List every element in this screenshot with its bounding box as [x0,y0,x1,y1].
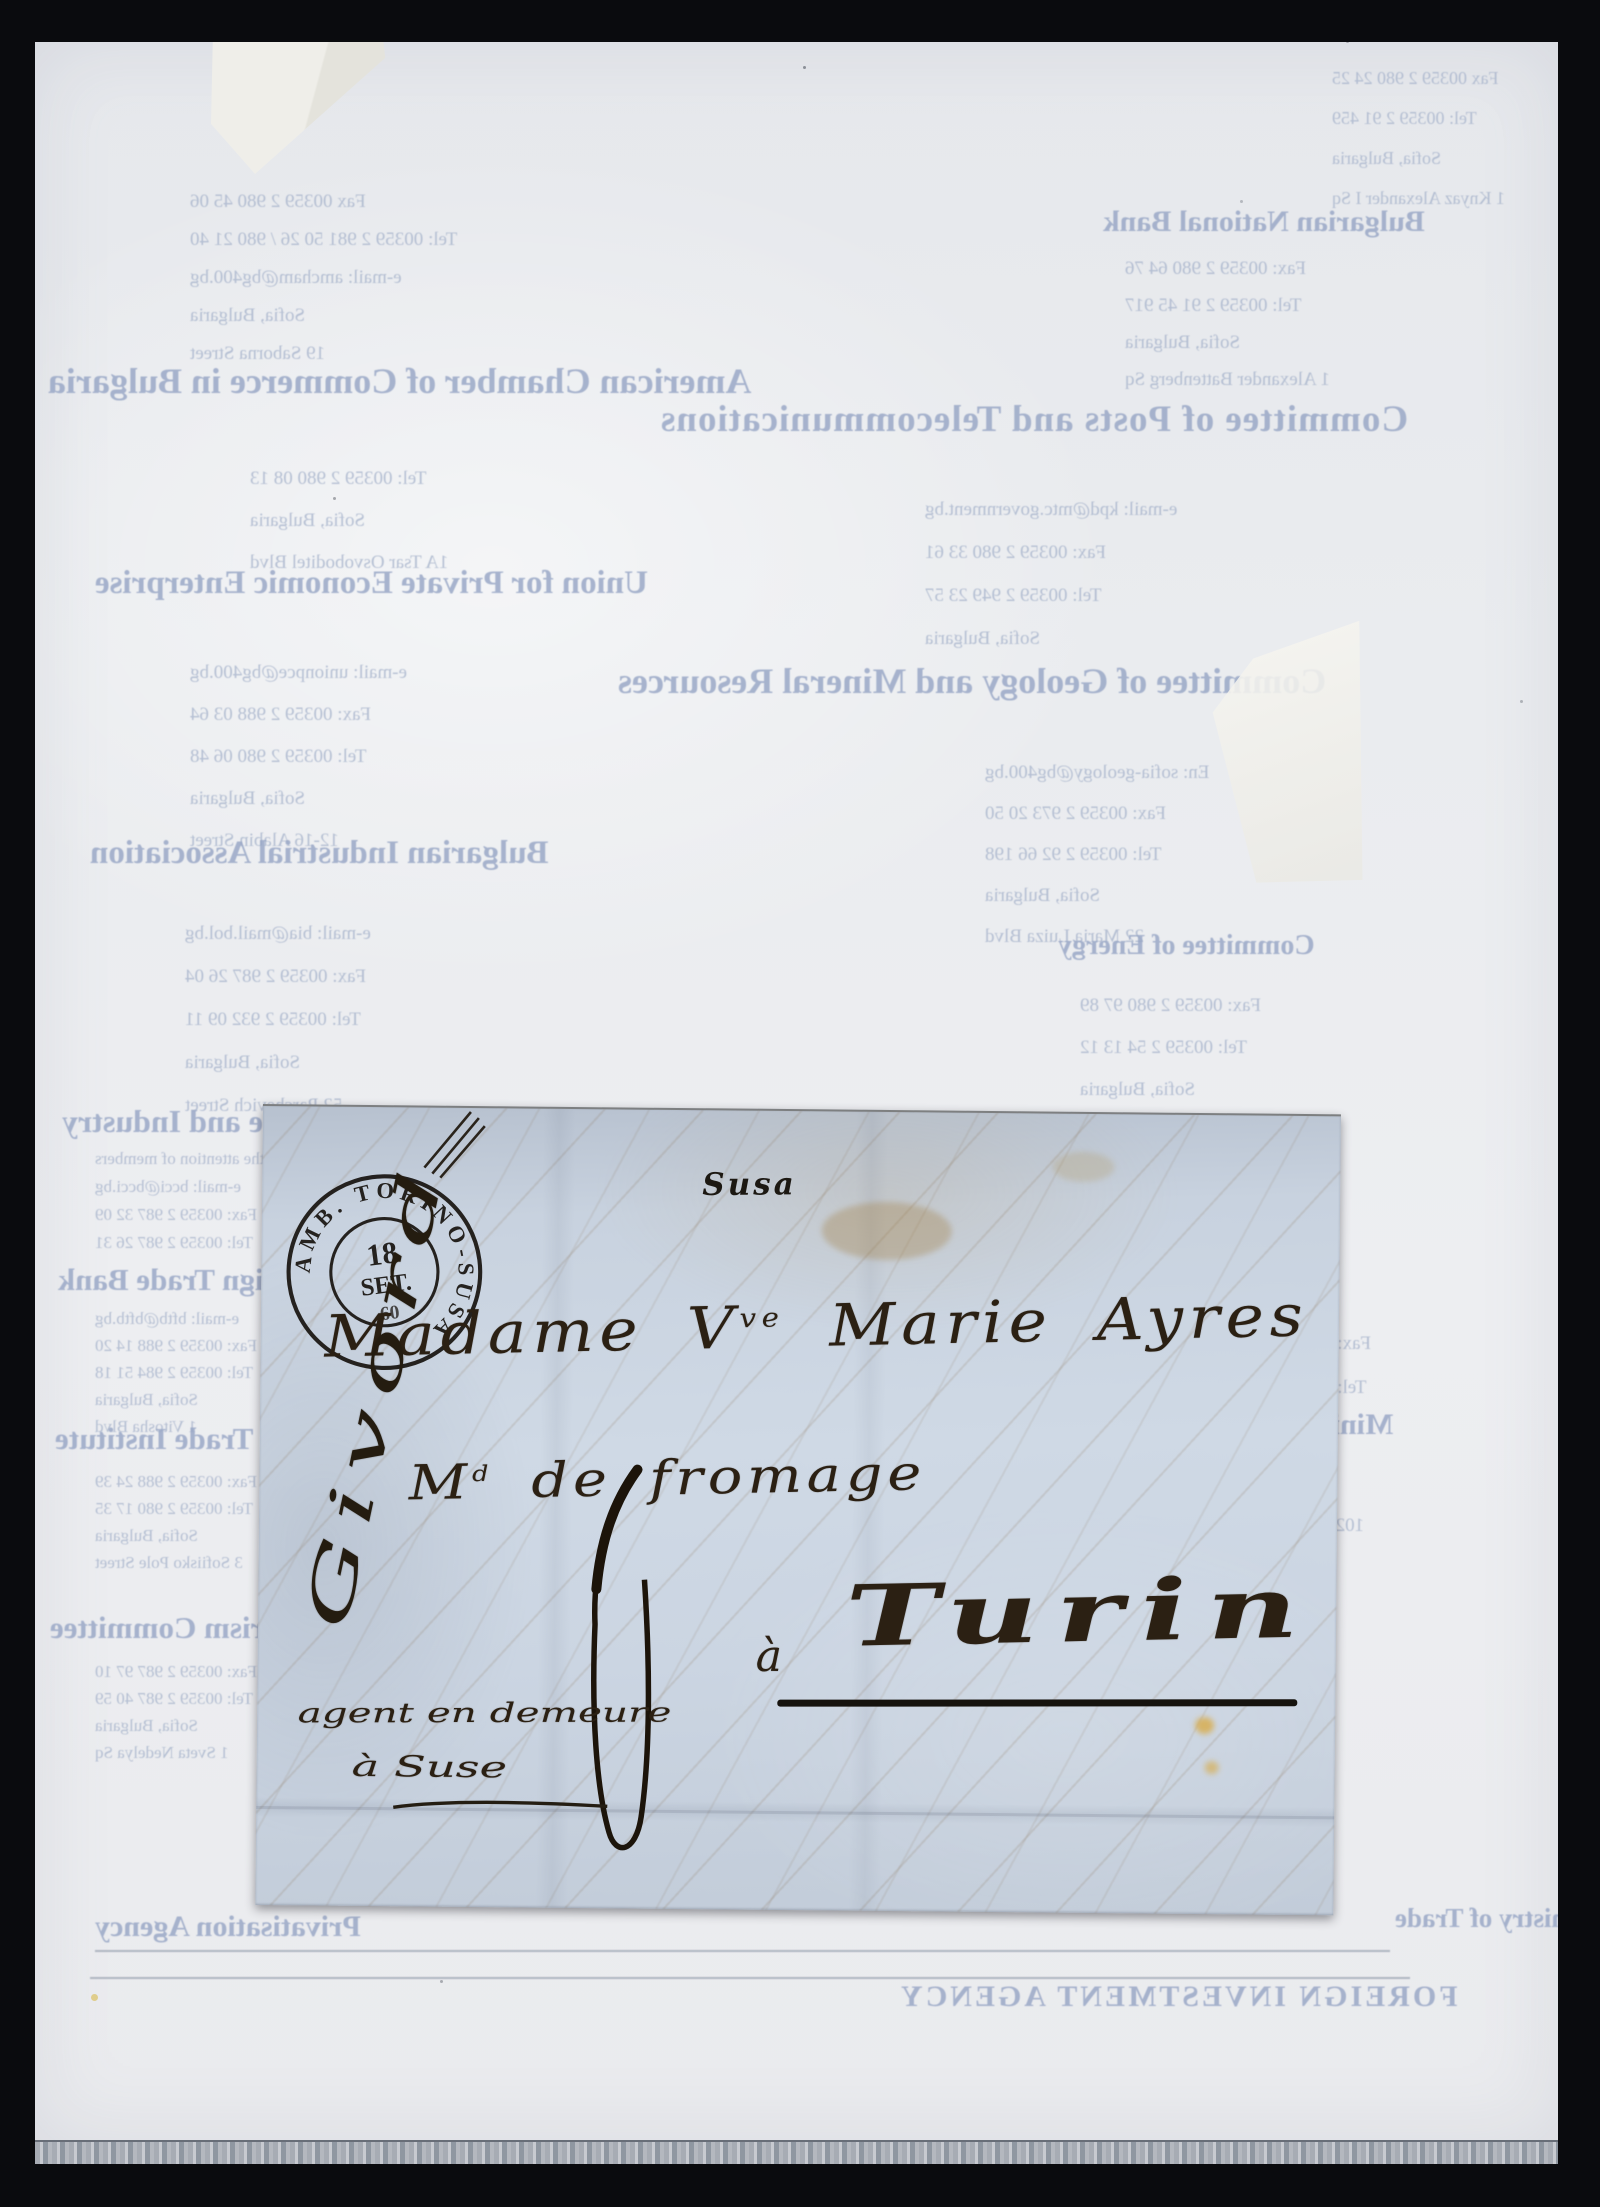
bottom-rule-1 [95,1950,1390,1952]
photo-frame-right [1558,0,1600,2207]
bleed-header: American Chamber of Commerce in Bulgaria [48,360,752,402]
address-line-3-prefix: à [755,1631,782,1682]
forwarding-note-line-1: agent en demeure [297,1698,671,1730]
bleed-header: Privatisation Agency [95,1910,361,1944]
photo-frame-left [0,0,35,2207]
forwarding-note-line-2: à Suse [351,1749,507,1784]
turin-underline [777,1699,1297,1706]
bleed-header: Union for Private Economic Enterprise [95,565,648,602]
photo-frame-top [0,0,1600,42]
dust-specks [803,66,806,69]
bleed-lines-block: e-mail: unionpce@bg400.bgFax: 00359 2 98… [190,652,610,862]
bleed-header: Committee of Geology and Mineral Resourc… [618,660,1326,702]
stain-yellow-1 [1195,1717,1214,1734]
bleed-lines-block: Fax 00359 2 980 45 06Tel: 00359 2 981 50… [190,183,610,373]
susa-handstamp: Susa [702,1166,797,1203]
address-city: Turin [844,1557,1319,1665]
bleed-lines-block: Fax: 00359 2 980 64 76Tel: 00359 2 91 45… [1125,250,1425,398]
photo-frame-bottom [0,2164,1600,2207]
bleed-lines-block: Fax 00359 2 980 24 25Tel: 00359 2 91 459… [1332,58,1527,218]
stain-brown-small [1052,1152,1114,1183]
bleed-lines-block: e-mail: bia@mail.bol.bgFax: 00359 2 987 … [185,912,605,1127]
bottom-rule-2 [90,1977,1410,1979]
photo-of-album-page: Fax 00359 2 980 45 06Tel: 00359 2 981 50… [0,0,1600,2207]
stain-yellow-2 [1205,1761,1219,1774]
rate-mark [556,1459,720,1881]
bleed-lines-block: e-mail: kpd@mtc.government.bgFax: 00359 … [925,488,1275,660]
stain-brown [822,1201,953,1260]
note-underline [391,1795,611,1813]
bleed-header: FOREIGN INVESTMENT AGENCY [898,1980,1458,2014]
bleed-header: Committee of Posts and Telecommunication… [660,398,1408,441]
page-edge-strip [35,2140,1558,2164]
bleed-header: Committee of Energy [1058,930,1315,962]
bleed-header: Bulgarian Industrial Association [90,835,548,872]
bleed-header: Bulgarian National Bank [1103,205,1425,239]
